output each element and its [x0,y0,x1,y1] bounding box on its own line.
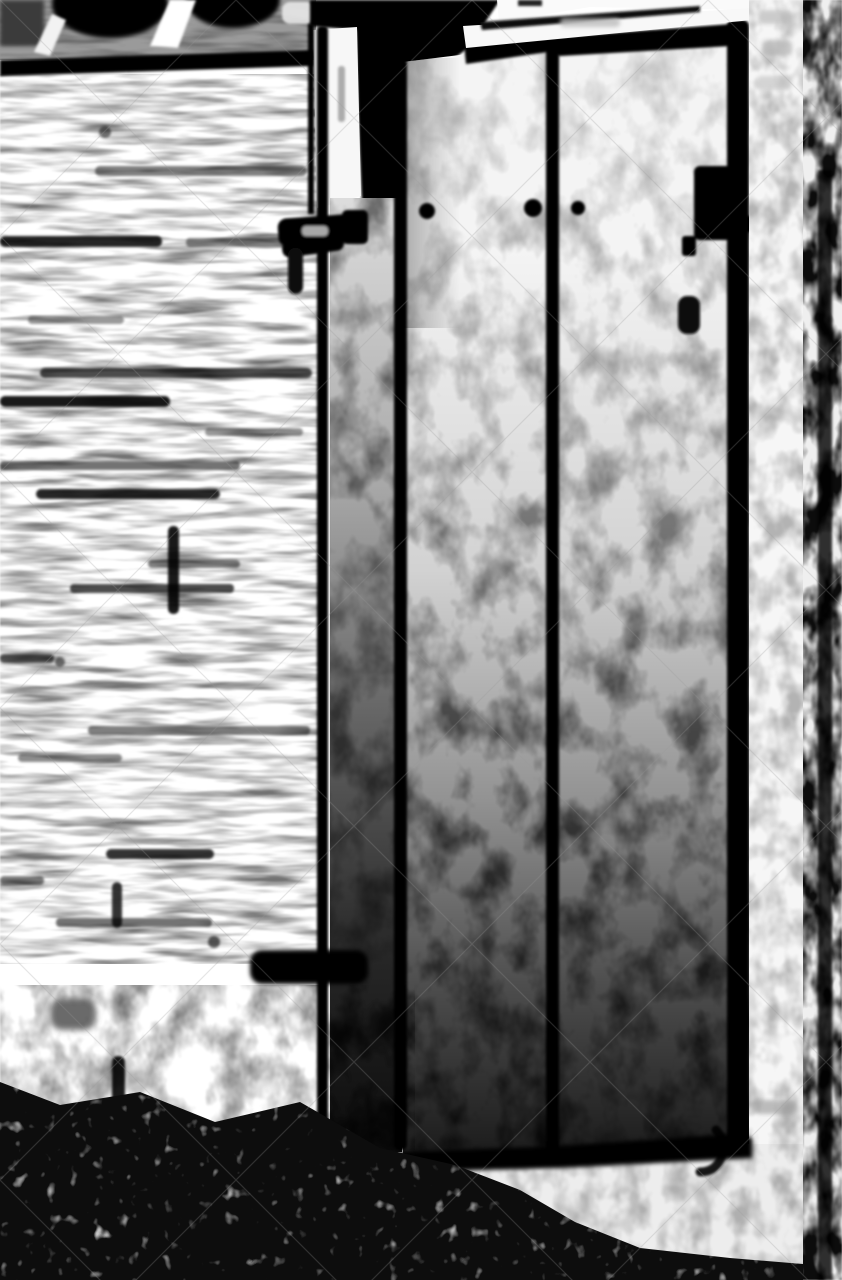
photo-canvas [0,0,842,1280]
watermark-lines [0,0,842,1280]
photo-weathered-door: Weathered shed door — black and white [0,0,842,1280]
